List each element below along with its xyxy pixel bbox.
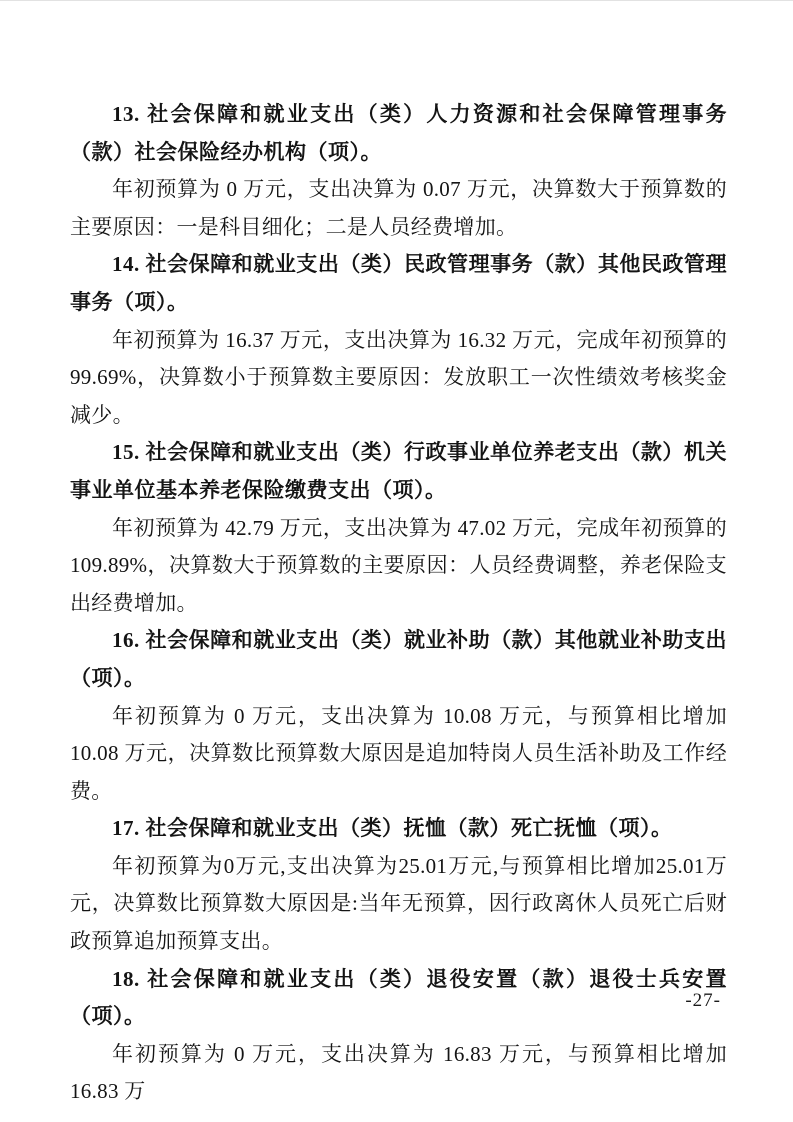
section-15-heading: 15. 社会保障和就业支出（类）行政事业单位养老支出（款）机关事业单位基本养老保… [70, 434, 727, 509]
section-13-heading: 13. 社会保障和就业支出（类）人力资源和社会保障管理事务（款）社会保险经办机构… [70, 96, 727, 171]
document-page: 13. 社会保障和就业支出（类）人力资源和社会保障管理事务（款）社会保险经办机构… [0, 0, 793, 1122]
section-13: 13. 社会保障和就业支出（类）人力资源和社会保障管理事务（款）社会保险经办机构… [70, 96, 727, 246]
section-18: 18. 社会保障和就业支出（类）退役安置（款）退役士兵安置（项）。 年初预算为 … [70, 961, 727, 1111]
section-16-heading: 16. 社会保障和就业支出（类）就业补助（款）其他就业补助支出（项）。 [70, 622, 727, 697]
section-18-heading: 18. 社会保障和就业支出（类）退役安置（款）退役士兵安置（项）。 [70, 961, 727, 1036]
section-17: 17. 社会保障和就业支出（类）抚恤（款）死亡抚恤（项）。 年初预算为0万元,支… [70, 810, 727, 960]
section-17-body: 年初预算为0万元,支出决算为25.01万元,与预算相比增加25.01万元，决算数… [70, 848, 727, 961]
section-17-heading: 17. 社会保障和就业支出（类）抚恤（款）死亡抚恤（项）。 [70, 810, 727, 848]
document-content: 13. 社会保障和就业支出（类）人力资源和社会保障管理事务（款）社会保险经办机构… [70, 96, 727, 1111]
section-18-body: 年初预算为 0 万元，支出决算为 16.83 万元，与预算相比增加 16.83 … [70, 1036, 727, 1111]
section-14-body: 年初预算为 16.37 万元，支出决算为 16.32 万元，完成年初预算的 99… [70, 322, 727, 435]
section-13-body: 年初预算为 0 万元，支出决算为 0.07 万元，决算数大于预算数的主要原因：一… [70, 171, 727, 246]
section-15: 15. 社会保障和就业支出（类）行政事业单位养老支出（款）机关事业单位基本养老保… [70, 434, 727, 622]
page-number: -27- [685, 987, 721, 1015]
section-15-body: 年初预算为 42.79 万元，支出决算为 47.02 万元，完成年初预算的 10… [70, 510, 727, 623]
section-14-heading: 14. 社会保障和就业支出（类）民政管理事务（款）其他民政管理事务（项）。 [70, 246, 727, 321]
section-16-body: 年初预算为 0 万元，支出决算为 10.08 万元，与预算相比增加 10.08 … [70, 698, 727, 811]
section-14: 14. 社会保障和就业支出（类）民政管理事务（款）其他民政管理事务（项）。 年初… [70, 246, 727, 434]
section-16: 16. 社会保障和就业支出（类）就业补助（款）其他就业补助支出（项）。 年初预算… [70, 622, 727, 810]
